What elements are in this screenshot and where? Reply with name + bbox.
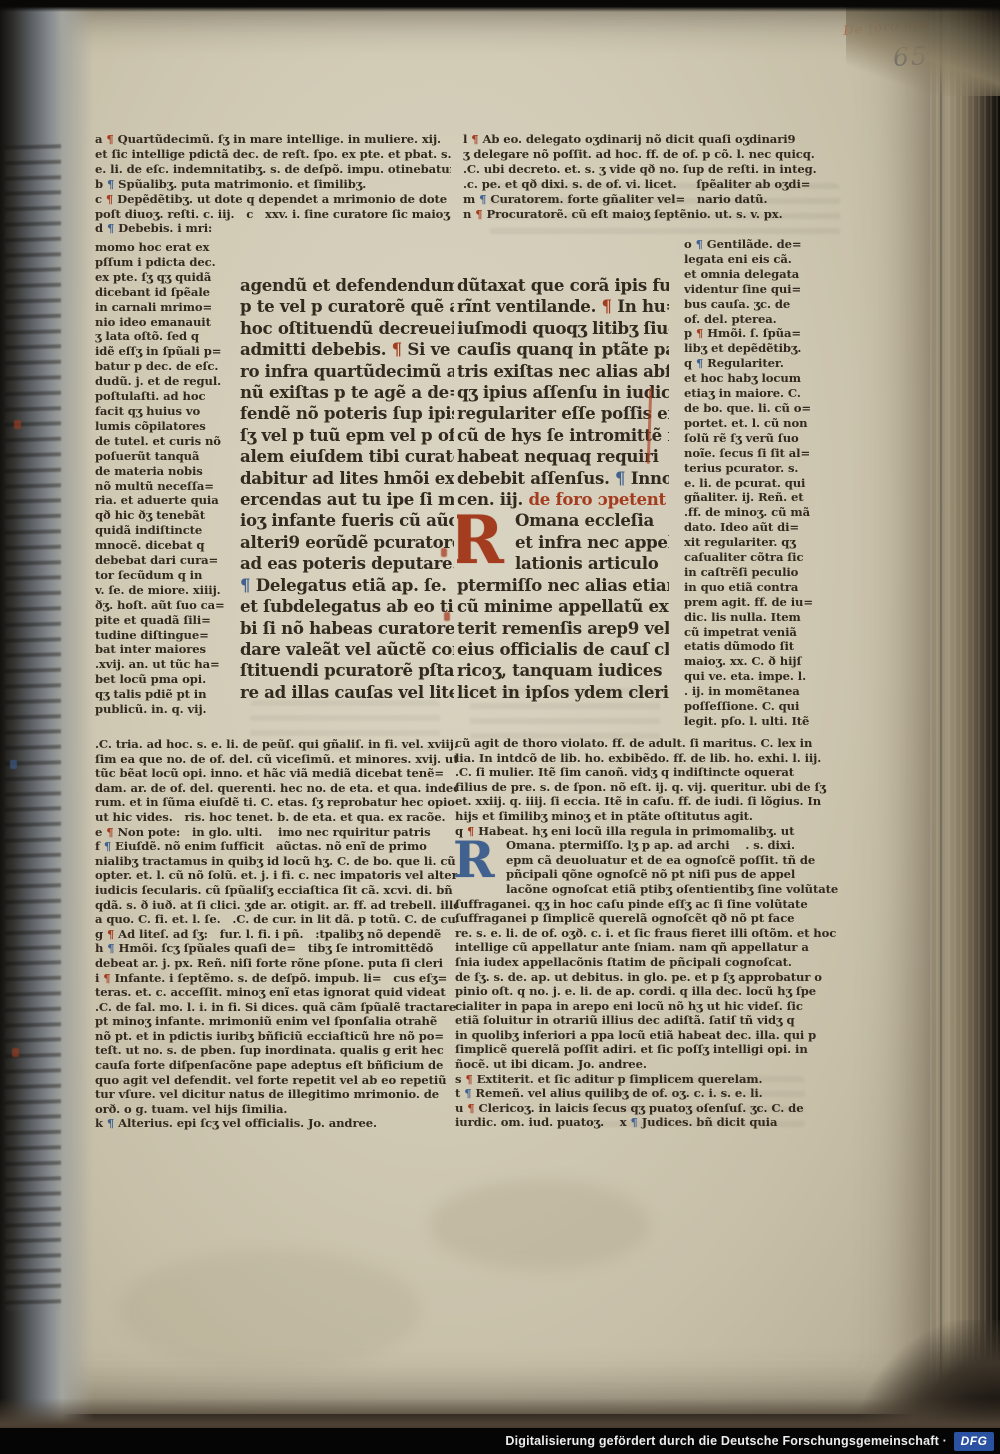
text-segment: ¶ (106, 825, 117, 839)
text-segment: ¶ (107, 1116, 118, 1130)
dfg-footer-text: Digitalisierung gefördert durch die Deut… (505, 1434, 947, 1448)
dfg-footer-bar: Digitalisierung gefördert durch die Deut… (0, 1428, 1000, 1454)
facing-page-text-fragments (5, 144, 61, 1310)
text-segment: ¶ (240, 575, 256, 595)
text-segment: ¶ (392, 339, 408, 359)
text-segment: a (95, 132, 106, 146)
text-segment: ¶ (479, 192, 490, 206)
text-segment: cũ agit de thoro violato. ff. de adult. … (455, 736, 826, 838)
red-margin-dot (441, 548, 447, 557)
text-segment: ¶ (107, 221, 118, 235)
text-segment: ¶ (696, 356, 707, 370)
text-segment: ¶ (107, 177, 118, 191)
gloss-column-right: o ¶ Gentilãde. de= legata eni eis cã. et… (684, 237, 854, 743)
manuscript-scan: a ¶ Quartũdecimũ. ſʒ in mare intellige. … (0, 0, 1000, 1454)
gloss-block-top-right: l ¶ Ab eo. delegato oʒdinarij nõ dicit q… (463, 132, 863, 230)
text-segment: ¶ (467, 1101, 478, 1115)
text-segment: Regulariter. et hoc habʒ locum etiaʒ in … (684, 356, 813, 728)
text-segment: ¶ (464, 1086, 475, 1100)
text-segment: In hu= iuſmodi quoqʒ litibʒ ſiue cauſis … (457, 296, 669, 487)
main-text-column-right: dũtaxat que corã ipis fue= rĩnt ventilan… (457, 275, 669, 703)
text-segment: ¶ (106, 132, 117, 146)
text-segment: o (684, 237, 696, 251)
text-segment: Alterius. epi ſcʒ vel officialis. Jo. an… (118, 1116, 377, 1130)
text-segment: Gentilãde. de= legata eni eis cã. et omn… (684, 237, 802, 340)
text-segment: ¶ (471, 132, 482, 146)
main-text-column-left: agendũ et defendendum p te vel p curator… (240, 275, 454, 709)
text-segment: Si ve ro infra quartũdecimũ an nũ exiſta… (240, 339, 454, 573)
text-segment: .C. tria. ad hoc. s. e. li. de peũſ. qui… (95, 737, 457, 839)
text-segment: momo hoc erat ex pſſum i pdicta dec. ex … (95, 240, 225, 716)
text-segment: ¶ (696, 326, 707, 340)
text-segment: ¶ (107, 941, 118, 955)
text-segment: Debebis. i mri: (118, 221, 212, 235)
text-segment: ¶ (475, 207, 486, 221)
gutter-initial-mark (10, 760, 17, 769)
text-segment: ¶ (696, 237, 707, 251)
text-segment: Judices. bñ dicit quia (642, 1115, 778, 1129)
gloss-block-bottom-right: cũ agit de thoro violato. ff. de adult. … (455, 736, 867, 1146)
text-segment: Delegatus etiã ap. ſe. et ſubdelegatus a… (240, 575, 454, 702)
text-segment: Procuratorẽ. cũ eſt maioʒ ſeptẽnio. ut. … (486, 207, 782, 221)
text-segment: ¶ (107, 927, 118, 941)
book-gutter (0, 0, 94, 1454)
text-segment: Eiuſdẽ. nõ enim ſufficit aũctas. nõ enĩ … (95, 839, 457, 941)
text-segment: Habeat. hʒ eni locũ illa regula in primo… (478, 824, 794, 838)
page-edge-right (930, 0, 1000, 1454)
text-segment: ¶ (615, 468, 631, 488)
illuminated-initial: R (457, 513, 509, 573)
text-segment: ¶ (103, 971, 114, 985)
text-segment: ¶ (106, 192, 117, 206)
scan-edge-top (0, 0, 1000, 12)
dfg-logo: DFG (954, 1432, 994, 1451)
text-segment: ¶ (104, 839, 115, 853)
text-segment: Infante. i ſeptẽmo. s. de deſpõ. impub. … (95, 971, 456, 1131)
text-segment: Omana. ptermiſſo. lʒ p ap. ad archi . s.… (455, 838, 838, 1086)
gloss-block-bottom-left: .C. tria. ad hoc. s. e. li. de peũſ. qui… (95, 737, 457, 1149)
text-segment: ¶ (631, 1115, 642, 1129)
gloss-column-left: momo hoc erat ex pſſum i pdicta dec. ex … (95, 240, 241, 740)
page-corner-top-right (846, 0, 1000, 96)
text-segment: l (463, 132, 471, 146)
illuminated-initial: R (455, 839, 501, 883)
text-segment: ¶ (467, 824, 478, 838)
text-segment: ¶ (465, 1072, 476, 1086)
red-margin-dot (444, 612, 450, 621)
gutter-initial-mark (12, 1048, 19, 1057)
text-segment: de foro ɔpetent (528, 489, 665, 509)
gloss-block-top-left: a ¶ Quartũdecimũ. ſʒ in mare intellige. … (95, 132, 451, 242)
text-segment: ¶ (602, 296, 618, 316)
gutter-initial-mark (14, 420, 21, 429)
